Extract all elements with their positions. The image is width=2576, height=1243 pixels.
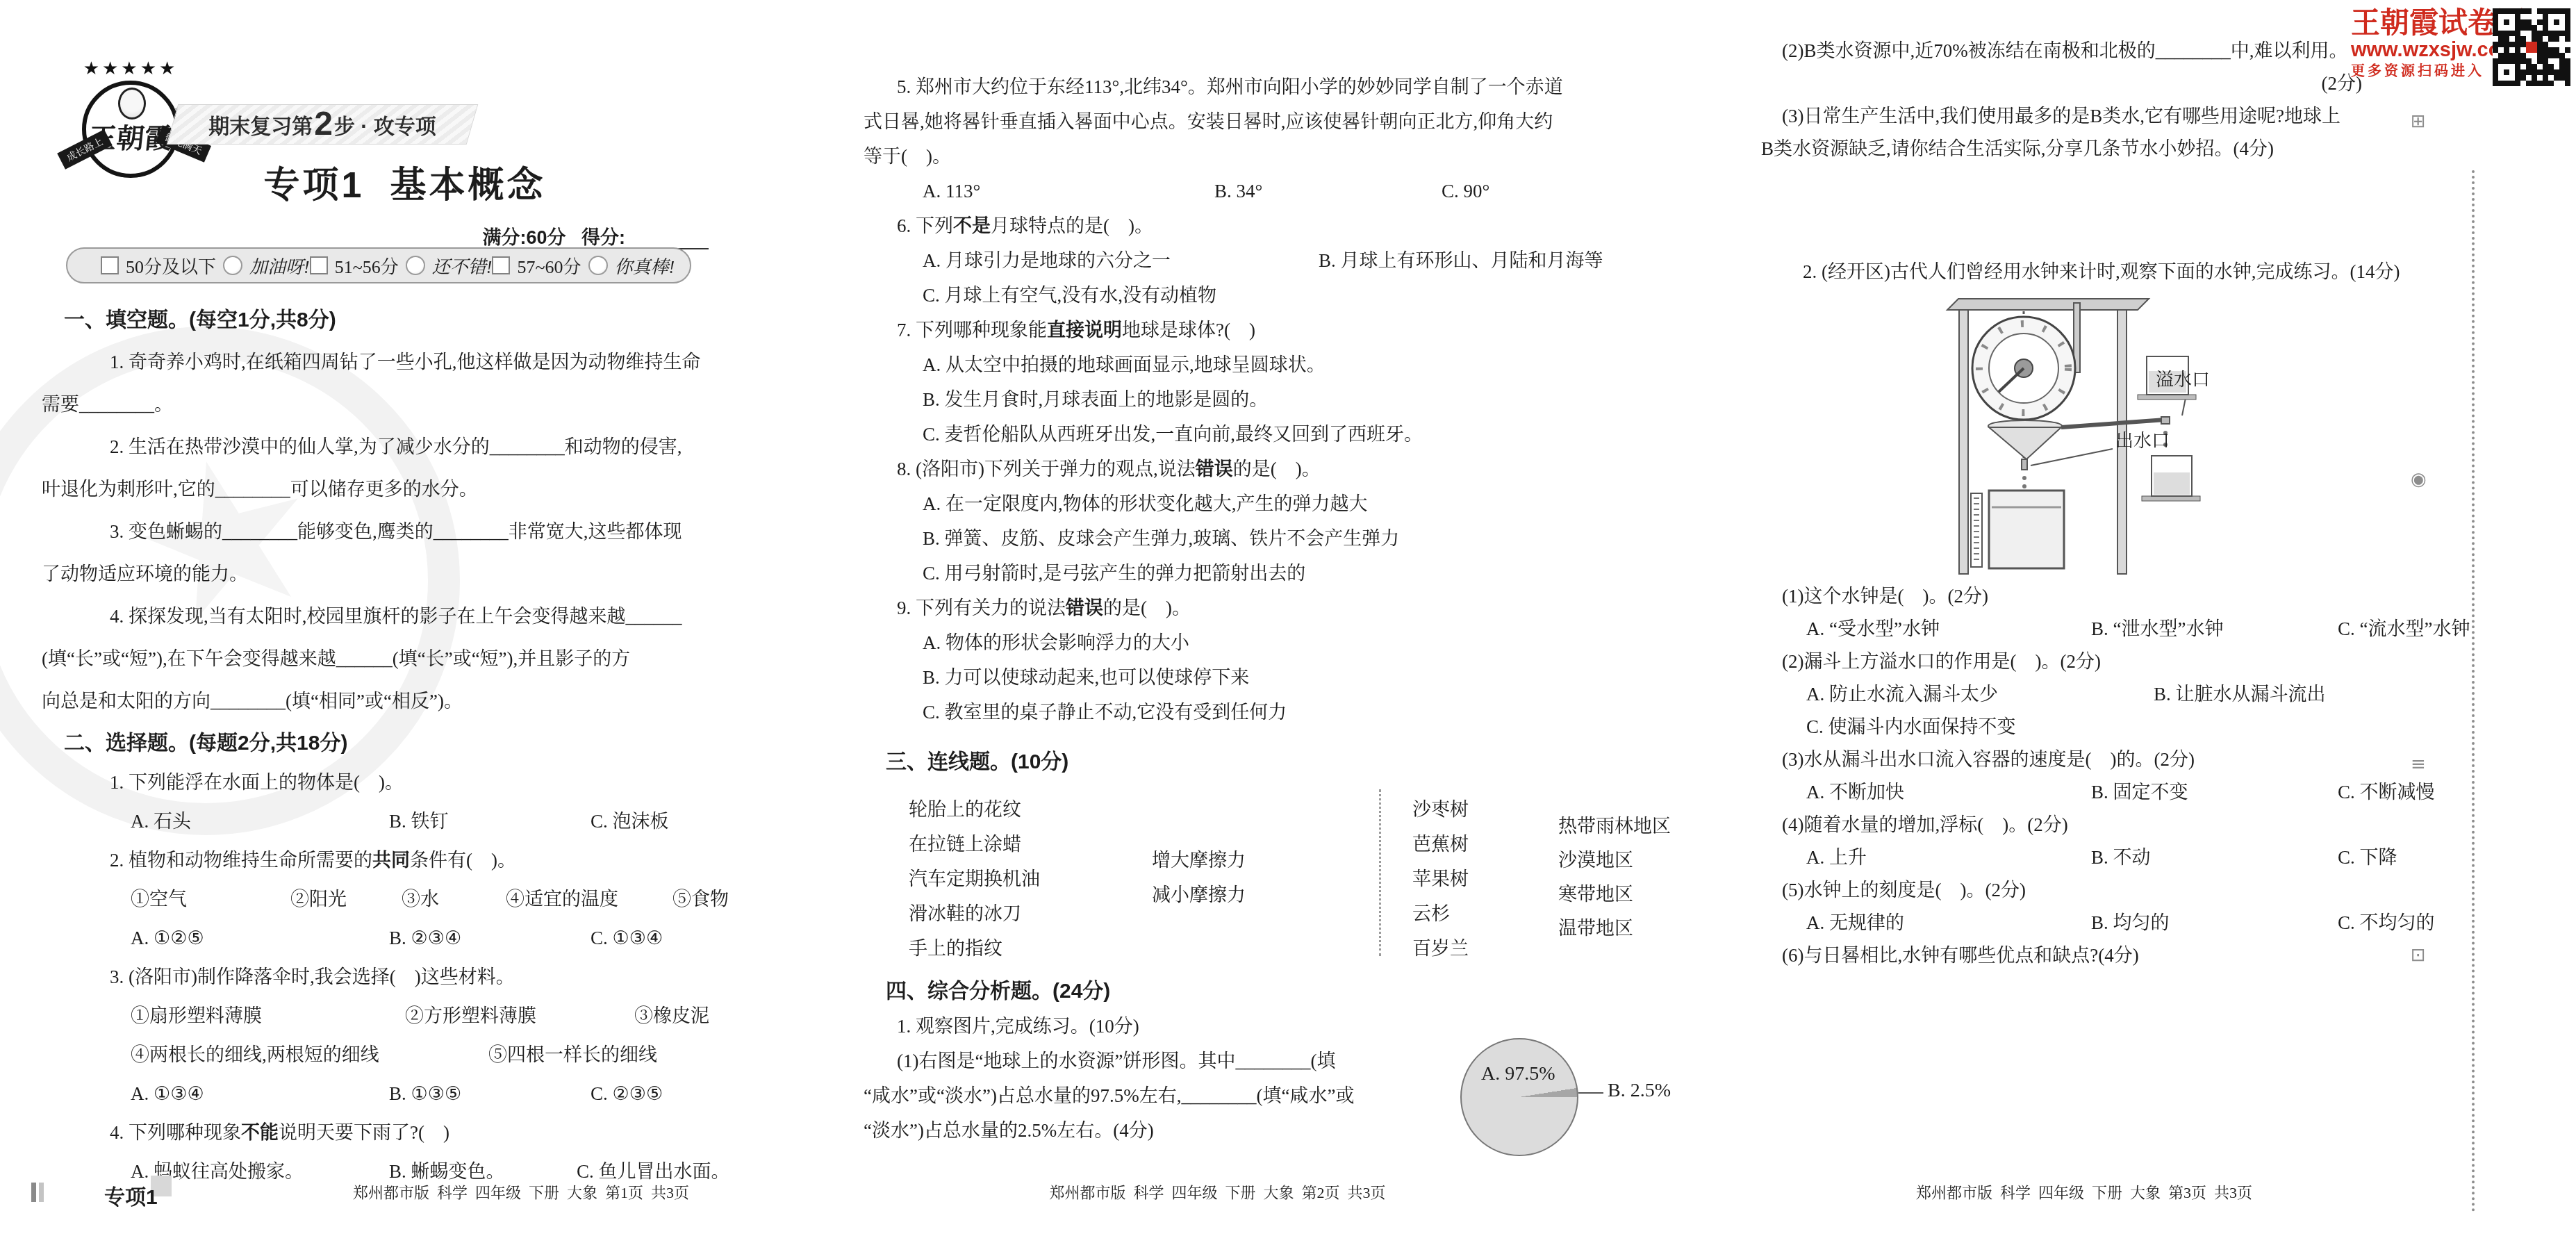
text-line: 3. 变色蜥蜴的________能够变色,鹰类的________非常宽大,这些都… — [42, 511, 768, 553]
matching-item[interactable]: 热带雨林地区 — [1558, 809, 1697, 843]
pie-graphic — [1460, 1038, 1578, 1156]
matching-left-list: 轮胎上的花纹在拉链上涂蜡汽车定期换机油滑冰鞋的冰刀手上的指纹 — [909, 792, 1138, 966]
footer-page2: 郑州都市版 科学 四年级 下册 大象 第2页 共3页 — [865, 1181, 1570, 1203]
cut-dotted-line — [2472, 170, 2475, 1212]
water-clock-drawing — [1907, 290, 2268, 582]
option: A. “受水型”水钟 — [1806, 613, 2091, 645]
matching-item[interactable]: 减小摩擦力 — [1152, 878, 1360, 912]
option-row: ①扇形塑料薄膜②方形塑料薄膜③橡皮泥 — [42, 996, 768, 1035]
matching-item[interactable]: 手上的指纹 — [909, 931, 1138, 966]
header-banner: 期末复习第2步 · 攻专项 — [167, 104, 479, 145]
score-band-bar: 50分及以下 加油呀! 51~56分 还不错! 57~60分 你真棒! — [66, 247, 691, 283]
option: C. 泡沫板 — [591, 802, 768, 841]
option: C. ②③⑤ — [591, 1074, 768, 1113]
text-line: 7. 下列哪种现象能直接说明地球是球体?( ) — [864, 313, 1569, 347]
matching-item[interactable]: 云杉 — [1412, 896, 1551, 931]
option: C. 90° — [1442, 174, 1569, 208]
text-line: 3. (洛阳市)制作降落伞时,我会选择( )这些材料。 — [42, 957, 768, 996]
option-row: A. 无规律的B. 均匀的C. 不均匀的 — [1761, 907, 2459, 939]
text-line: C. 教室里的桌子静止不动,它没有受到任何力 — [864, 695, 1569, 730]
option: C. 不均匀的 — [2338, 907, 2459, 939]
option-row: A. 不断加快B. 固定不变C. 不断减慢 — [1761, 776, 2459, 809]
text-line: B. 力可以使球动起来,也可以使球停下来 — [864, 660, 1569, 695]
option: A. 防止水流入漏斗太少 — [1806, 678, 2154, 711]
score-band-mid-praise: 还不错! — [432, 253, 493, 279]
option-row: A. 上升B. 不动C. 下降 — [1761, 841, 2459, 874]
print-mark-lines-icon: ≡ — [2411, 754, 2426, 775]
text-line: C. 用弓射箭时,是弓弦产生的弹力把箭射出去的 — [864, 556, 1569, 591]
stars-icon: ★★★★★ — [72, 58, 189, 79]
text-line: A. 在一定限度内,物体的形状变化越大,产生的弹力越大 — [864, 486, 1569, 521]
option: A. 石头 — [131, 802, 389, 841]
text-line: 6. 下列不是月球特点的是( )。 — [864, 208, 1569, 243]
water-clock-figure: 溢水口 出水口 — [1907, 290, 2268, 582]
text-line: 需要________。 — [42, 384, 768, 426]
page-title: 专项1 基本概念 — [42, 156, 768, 208]
option: A. ①②⑤ — [131, 919, 389, 957]
matching-question-block: 轮胎上的花纹在拉链上涂蜡汽车定期换机油滑冰鞋的冰刀手上的指纹 增大摩擦力减小摩擦… — [864, 784, 1697, 963]
print-mark-circle-icon: ◉ — [2411, 469, 2427, 490]
matching-item[interactable]: 沙漠地区 — [1558, 843, 1697, 878]
section-heading: 四、综合分析题。(24分) — [864, 974, 1569, 1009]
qr-code-icon — [2493, 8, 2570, 86]
text-line: 1. 下列能浮在水面上的物体是( )。 — [42, 763, 768, 802]
option: ③水 — [402, 880, 506, 919]
matching-item[interactable]: 芭蕉树 — [1412, 827, 1551, 862]
face-ok-icon — [406, 256, 425, 275]
earned-score-label: 得分: — [581, 227, 625, 248]
text-line: (5)水钟上的刻度是( )。(2分) — [1761, 874, 2459, 907]
matching-item[interactable]: 寒带地区 — [1558, 878, 1697, 912]
text-line: 4. 下列哪种现象不能说明天要下雨了?( ) — [42, 1113, 768, 1152]
option: A. 无规律的 — [1806, 907, 2091, 939]
matching-divider — [1379, 789, 1381, 956]
option: B. 月球上有环形山、月陆和月海等 — [1319, 243, 1603, 278]
text-line: (填“长”或“短”),在下午会变得越来越______(填“长”或“短”),并且影… — [42, 638, 768, 680]
text-line: B. 弹簧、皮筋、皮球会产生弹力,玻璃、铁片不会产生弹力 — [864, 521, 1569, 556]
score-line: 满分:60分 得分: — [42, 222, 709, 249]
pie-leader-line — [1578, 1092, 1603, 1094]
option: ①空气 — [131, 880, 290, 919]
option: B. 均匀的 — [2091, 907, 2338, 939]
matching-item[interactable]: 增大摩擦力 — [1152, 843, 1360, 878]
spacer — [864, 730, 1569, 745]
matching-item[interactable]: 沙枣树 — [1412, 792, 1551, 827]
footer-edge-bar — [31, 1183, 36, 1202]
option-row: A. ①③④B. ①③⑤C. ②③⑤ — [42, 1074, 768, 1113]
text-line: 2. 生活在热带沙漠中的仙人掌,为了减少水分的________和动物的侵害, — [42, 426, 768, 468]
matching-item[interactable]: 在拉链上涂蜡 — [909, 827, 1138, 862]
score-band-mid-label: 51~56分 — [335, 253, 399, 279]
matching-item[interactable]: 温带地区 — [1558, 912, 1697, 946]
section-heading: 二、选择题。(每题2分,共18分) — [42, 724, 768, 763]
option: B. ②③④ — [389, 919, 591, 957]
pie-slice-b-label: B. 2.5% — [1608, 1080, 1671, 1102]
option-row: A. 石头B. 铁钉C. 泡沫板 — [42, 802, 768, 841]
matching-middle-list: 增大摩擦力减小摩擦力 — [1152, 843, 1360, 912]
banner-post: 步 · 攻专项 — [334, 109, 436, 140]
option: C. ①③④ — [591, 919, 768, 957]
matching-item[interactable]: 滑冰鞋的冰刀 — [909, 896, 1138, 931]
text-line: 叶退化为刺形叶,它的________可以储存更多的水分。 — [42, 468, 768, 511]
option: A. 不断加快 — [1806, 776, 2091, 809]
option-row: A. 月球引力是地球的六分之一B. 月球上有环形山、月陆和月海等 — [864, 243, 1569, 278]
footer-page1: 郑州都市版 科学 四年级 下册 大象 第1页 共3页 — [243, 1181, 799, 1203]
option: B. 铁钉 — [389, 802, 591, 841]
option: C. 下降 — [2338, 841, 2459, 874]
option: ④适宜的温度 — [506, 880, 672, 919]
score-band-low-label: 50分及以下 — [126, 253, 216, 279]
text-line: 向总是和太阳的方向________(填“相同”或“相反”)。 — [42, 680, 768, 723]
option: ⑤食物 — [672, 880, 768, 919]
text-line: 2. (经开区)古代人们曾经用水钟来计时,观察下面的水钟,完成练习。(14分) — [1761, 256, 2459, 288]
banner-pre: 期末复习第 — [208, 109, 313, 140]
footer-topic-tag: 专项1 — [104, 1180, 158, 1210]
option: A. 上升 — [1806, 841, 2091, 874]
checkbox-high[interactable] — [492, 256, 510, 274]
exam-sheet: ★ ★★★★★ 王朝霞 ® 成长路上 微光满天 期末复习第2步 · 攻专项 专项… — [0, 0, 2576, 1243]
text-line: A. 从太空中拍摄的地球画面显示,地球呈圆球状。 — [864, 347, 1569, 382]
option: ⑤四根一样长的细线 — [488, 1035, 768, 1074]
option: B. 让脏水从漏斗流出 — [2154, 678, 2459, 711]
text-line: 1. 奇奇养小鸡时,在纸箱四周钻了一些小孔,他这样做是因为动物维持生命 — [42, 341, 768, 384]
text-line: A. 物体的形状会影响浮力的大小 — [864, 625, 1569, 660]
option: ②方形塑料薄膜 — [405, 996, 634, 1035]
banner-step-number: 2 — [314, 108, 333, 141]
option: C. 不断减慢 — [2338, 776, 2459, 809]
option-row: A. 113°B. 34°C. 90° — [864, 174, 1569, 208]
text-line: 5. 郑州市大约位于东经113°,北纬34°。郑州市向阳小学的妙妙同学自制了一个… — [864, 69, 1569, 104]
matching-item[interactable]: 轮胎上的花纹 — [909, 792, 1138, 827]
text-line: C. 月球上有空气,没有水,没有动植物 — [864, 278, 1569, 313]
text-line: 等于( )。 — [864, 139, 1569, 174]
print-mark-square-icon: ⊡ — [2411, 945, 2426, 966]
section-heading: 三、连线题。(10分) — [864, 745, 1569, 780]
option: B. 34° — [1214, 174, 1442, 208]
full-score-label: 满分:60分 — [482, 227, 565, 248]
text-line: 9. 下列有关力的说法错误的是( )。 — [864, 591, 1569, 625]
option: A. 月球引力是地球的六分之一 — [923, 243, 1319, 278]
option-row: ④两根长的细线,两根短的细线⑤四根一样长的细线 — [42, 1035, 768, 1074]
score-band-high: 57~60分 你真棒! — [492, 253, 675, 279]
text-line: (1)这个水钟是( )。(2分) — [1761, 580, 2459, 613]
text-line: (4)随着水量的增加,浮标( )。(2分) — [1761, 809, 2459, 841]
footer-page3: 郑州都市版 科学 四年级 下册 大象 第3页 共3页 — [1737, 1181, 2431, 1203]
pie-slice-a-label: A. 97.5% — [1481, 1063, 1555, 1085]
option: ③橡皮泥 — [634, 996, 768, 1035]
option: B. 固定不变 — [2091, 776, 2338, 809]
face-great-icon — [588, 256, 608, 275]
option: ①扇形塑料薄膜 — [131, 996, 405, 1035]
option: B. “泄水型”水钟 — [2091, 613, 2338, 645]
score-band-low-praise: 加油呀! — [249, 253, 310, 279]
column1-choice-section: 二、选择题。(每题2分,共18分)1. 下列能浮在水面上的物体是( )。A. 石… — [42, 724, 768, 1191]
text-line: (6)与日晷相比,水钟有哪些优点和缺点?(4分) — [1761, 939, 2459, 972]
option: B. ①③⑤ — [389, 1074, 591, 1113]
option: A. 113° — [923, 174, 1214, 208]
matching-regions-list: 热带雨林地区沙漠地区寒带地区温带地区 — [1558, 809, 1697, 946]
face-cheer-icon — [223, 256, 242, 275]
option-row: A. 防止水流入漏斗太少B. 让脏水从漏斗流出 — [1761, 678, 2459, 711]
text-line: 8. (洛阳市)下列关于弹力的观点,说法错误的是( )。 — [864, 452, 1569, 486]
water-resources-pie-chart: A. 97.5% B. 2.5% — [1460, 1034, 1690, 1162]
option: ②阳光 — [290, 880, 402, 919]
score-band-low: 50分及以下 加油呀! — [101, 253, 310, 279]
option: C. “流水型”水钟 — [2338, 613, 2470, 645]
score-blank[interactable] — [625, 230, 709, 249]
option-row: A. ①②⑤B. ②③④C. ①③④ — [42, 919, 768, 957]
text-line: 2. 植物和动物维持生命所需要的共同条件有( )。 — [42, 841, 768, 880]
text-line: B类水资源缺乏,请你结合生活实际,分享几条节水小妙招。(4分) — [1761, 133, 2459, 165]
matching-plants-list: 沙枣树芭蕉树苹果树云杉百岁兰 — [1412, 792, 1551, 966]
spacer — [1761, 165, 2459, 256]
option: A. ①③④ — [131, 1074, 389, 1113]
matching-item[interactable]: 苹果树 — [1412, 862, 1551, 896]
checkbox-mid[interactable] — [310, 256, 328, 274]
portrait-cameo-icon — [118, 88, 146, 120]
option: ④两根长的细线,两根短的细线 — [131, 1035, 488, 1074]
option-row: ①空气②阳光③水④适宜的温度⑤食物 — [42, 880, 768, 919]
column1-fill-in-section: 一、填空题。(每空1分,共8分)1. 奇奇养小鸡时,在纸箱四周钻了一些小孔,他这… — [42, 299, 768, 723]
print-mark-grid-icon: ⊞ — [2411, 111, 2426, 132]
checkbox-low[interactable] — [101, 256, 119, 274]
overflow-port-label: 溢水口 — [2156, 365, 2210, 391]
column2: 5. 郑州市大约位于东经113°,北纬34°。郑州市向阳小学的妙妙同学自制了一个… — [864, 69, 1569, 1148]
matching-item[interactable]: 汽车定期换机油 — [909, 862, 1138, 896]
score-band-high-label: 57~60分 — [517, 253, 581, 279]
text-line: C. 使漏斗内水面保持不变 — [1761, 711, 2459, 743]
score-band-mid: 51~56分 还不错! — [310, 253, 493, 279]
text-line: B. 发生月食时,月球表面上的地影是圆的。 — [864, 382, 1569, 417]
text-line: C. 麦哲伦船队从西班牙出发,一直向前,最终又回到了西班牙。 — [864, 417, 1569, 452]
text-line: 4. 探探发现,当有太阳时,校园里旗杆的影子在上午会变得越来越______ — [42, 595, 768, 638]
score-band-high-praise: 你真棒! — [615, 253, 675, 279]
text-line: (2)漏斗上方溢水口的作用是( )。(2分) — [1761, 645, 2459, 678]
text-line: (3)水从漏斗出水口流入容器的速度是( )的。(2分) — [1761, 743, 2459, 776]
section-heading: 一、填空题。(每空1分,共8分) — [42, 299, 768, 341]
option-row: A. “受水型”水钟B. “泄水型”水钟C. “流水型”水钟 — [1761, 613, 2459, 645]
text-line: 式日晷,她将晷针垂直插入晷面中心点。安装日晷时,应该使晷针朝向正北方,仰角大约 — [864, 104, 1569, 139]
outlet-port-label: 出水口 — [2115, 427, 2170, 452]
text-line: (3)日常生产生活中,我们使用最多的是B类水,它有哪些用途呢?地球上 — [1761, 100, 2459, 133]
option: B. 不动 — [2091, 841, 2338, 874]
text-line: 了动物适应环境的能力。 — [42, 553, 768, 595]
matching-item[interactable]: 百岁兰 — [1412, 931, 1551, 966]
header-banner-text: 期末复习第2步 · 攻专项 — [173, 105, 472, 144]
